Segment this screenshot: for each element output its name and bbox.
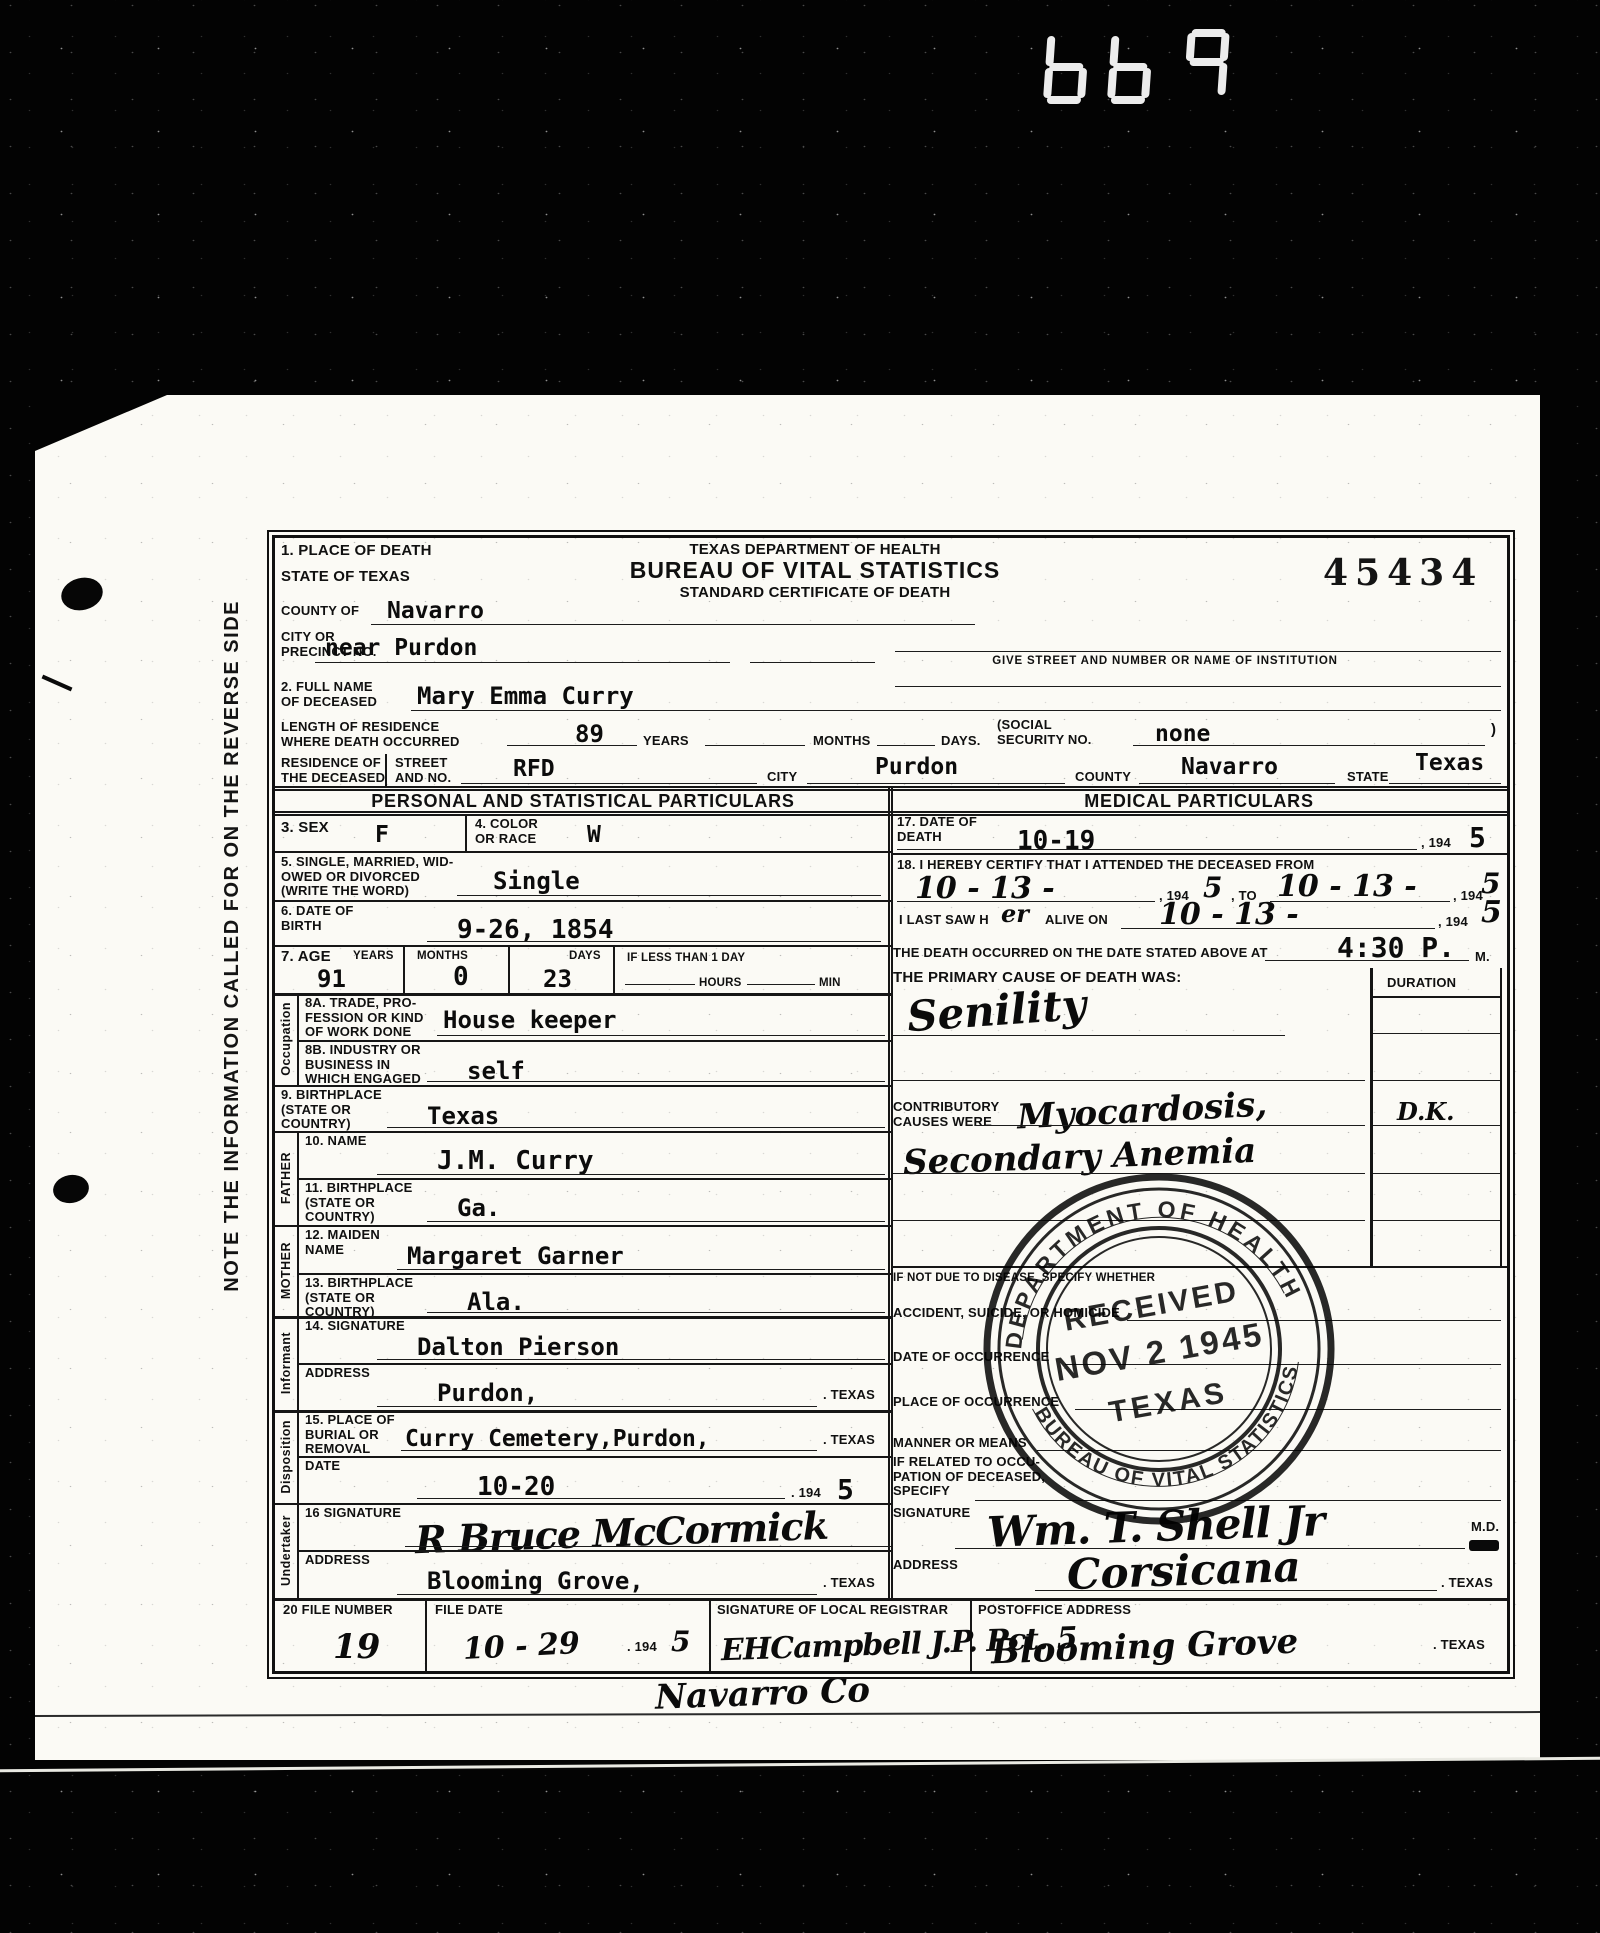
industry-label: 8B. INDUSTRY OR BUSINESS IN WHICH ENGAGE… (305, 1043, 421, 1087)
state2-line (1389, 783, 1501, 784)
county2-line (1139, 783, 1335, 784)
sex-color-divider (465, 816, 467, 851)
industry-value: self (467, 1059, 525, 1083)
age-divider (403, 945, 405, 993)
last-saw-year: 5 (1481, 898, 1502, 928)
edge-mark (42, 675, 73, 692)
county2-value: Navarro (1181, 756, 1278, 779)
dod-value: 10-19 (1017, 828, 1095, 854)
institution-note: GIVE STREET AND NUMBER OR NAME OF INSTIT… (905, 655, 1425, 668)
street-line (461, 783, 757, 784)
length-residence-label: LENGTH OF RESIDENCE WHERE DEATH OCCURRED (281, 720, 460, 749)
residence-label: RESIDENCE OF THE DECEASED (281, 756, 385, 785)
trade-label: 8A. TRADE, PRO- FESSION OR KIND OF WORK … (305, 996, 424, 1040)
cause-blank-line (893, 1080, 1365, 1081)
footer-top-rule (275, 1598, 1507, 1601)
place-of-death-label: 1. PLACE OF DEATH (281, 543, 432, 560)
months-line (705, 745, 805, 746)
duration-value: D.K. (1397, 1100, 1455, 1124)
full-name-value: Mary Emma Curry (417, 684, 634, 708)
undertaker-side-label: Undertaker (275, 1503, 297, 1598)
duration-col-right (1500, 968, 1502, 1266)
certificate-form: 1. PLACE OF DEATH STATE OF TEXAS TEXAS D… (272, 535, 1510, 1674)
sex-label: 3. SEX (281, 820, 329, 837)
marital-value: Single (493, 869, 580, 893)
age-days-label: DAYS (569, 950, 601, 963)
row-rule (297, 1550, 891, 1552)
burial-year-prefix: . 194 (791, 1486, 821, 1501)
father-bp-value: Ga. (457, 1196, 500, 1220)
contributory-underline-1 (975, 1125, 1365, 1126)
physician-addr-label: ADDRESS (893, 1558, 958, 1573)
informant-side-label: Informant (275, 1316, 297, 1410)
physician-addr-state: . TEXAS (1441, 1576, 1493, 1591)
county-of-label: COUNTY OF (281, 604, 359, 619)
punch-hole (58, 573, 106, 614)
ssn-value: none (1155, 723, 1210, 746)
time-underline (1265, 960, 1469, 961)
dod-year-prefix: , 194 (1421, 836, 1451, 851)
scanned-death-certificate: 669 NOTE THE INFORMATION CALLED FOR ON T… (0, 0, 1600, 1933)
last-saw-hand: er (1001, 902, 1029, 926)
registrar-county-note: Navarro Co (654, 1673, 870, 1714)
industry-underline (427, 1081, 885, 1082)
mother-name-value: Margaret Garner (407, 1244, 624, 1268)
file-number-label: 20 FILE NUMBER (283, 1603, 393, 1618)
institution-blank-line (895, 686, 1501, 687)
file-date-label: FILE DATE (435, 1603, 503, 1618)
burial-date-label: DATE (305, 1459, 340, 1474)
hours-label: HOURS (699, 977, 742, 990)
informant-addr-label: ADDRESS (305, 1366, 370, 1381)
birthplace-label: 9. BIRTHPLACE (STATE OR COUNTRY) (281, 1088, 382, 1132)
county-value: Navarro (387, 600, 484, 623)
burial-date-underline (417, 1498, 785, 1499)
father-side-label: FATHER (275, 1131, 297, 1225)
row-rule (275, 1131, 891, 1133)
state-of-texas-label: STATE OF TEXAS (281, 569, 410, 586)
father-underline (377, 1174, 885, 1175)
duration-line (1373, 1220, 1500, 1221)
to-year-prefix: , 194 (1453, 889, 1483, 904)
occurred-statement: THE DEATH OCCURRED ON THE DATE STATED AB… (893, 946, 1268, 961)
ssn-line (1133, 745, 1485, 746)
footer-divider (425, 1598, 427, 1671)
dept-line3: STANDARD CERTIFICATE OF DEATH (575, 585, 1055, 602)
duration-rule (1370, 996, 1500, 998)
personal-section-title: PERSONAL AND STATISTICAL PARTICULARS (275, 791, 891, 811)
registrar-label: SIGNATURE OF LOCAL REGISTRAR (717, 1603, 948, 1618)
father-bp-label: 11. BIRTHPLACE (STATE OR COUNTRY) (305, 1181, 413, 1225)
trade-underline (437, 1035, 885, 1036)
state2-label: STATE (1347, 770, 1389, 785)
ssn-label: (SOCIAL SECURITY NO. (997, 718, 1092, 747)
city2-label: CITY (767, 770, 797, 785)
birthplace-value: Texas (427, 1104, 499, 1128)
mother-bp-label: 13. BIRTHPLACE (STATE OR COUNTRY) (305, 1276, 413, 1320)
father-name-value: J.M. Curry (437, 1148, 594, 1174)
physician-addr-underline (1035, 1590, 1437, 1591)
file-year-value: 5 (671, 1628, 690, 1656)
undertaker-addr-underline (397, 1594, 817, 1595)
street-value: RFD (513, 758, 555, 781)
row-rule (297, 1456, 891, 1458)
full-name-label: 2. FULL NAME OF DECEASED (281, 680, 377, 709)
last-saw-pre: I LAST SAW H (899, 913, 989, 928)
row-rule (891, 853, 1507, 855)
min-line (747, 984, 815, 985)
burial-date-value: 10-20 (477, 1474, 555, 1500)
row-rule (297, 1363, 891, 1365)
stamp-texas: TEXAS (1106, 1376, 1230, 1429)
county2-label: COUNTY (1075, 770, 1131, 785)
city-underline2 (750, 662, 875, 663)
informant-addr-state: . TEXAS (823, 1388, 875, 1403)
paper-corner-shadow (35, 395, 167, 451)
duration-line (1373, 1033, 1500, 1034)
mother-bp-value: Ala. (467, 1290, 525, 1314)
color-label: 4. COLOR OR RACE (475, 817, 538, 846)
undertaker-underline (405, 1546, 891, 1547)
file-number-value: 19 (333, 1630, 380, 1664)
postoffice-label: POSTOFFICE ADDRESS (978, 1603, 1131, 1618)
postoffice-state: . TEXAS (1433, 1638, 1485, 1653)
undertaker-addr-state: . TEXAS (823, 1576, 875, 1591)
mother-underline (397, 1269, 885, 1270)
county-underline (371, 624, 975, 625)
state2-value: Texas (1415, 752, 1484, 775)
row-rule (275, 900, 891, 902)
mother-bp-underline (427, 1312, 885, 1313)
mother-name-label: 12. MAIDEN NAME (305, 1228, 380, 1257)
informant-sig-label: 14. SIGNATURE (305, 1319, 405, 1334)
trade-value: House keeper (443, 1008, 616, 1032)
reverse-side-note: NOTE THE INFORMATION CALLED FOR ON THE R… (221, 600, 255, 1162)
age-years-label: YEARS (353, 950, 394, 963)
age-divider (508, 945, 510, 993)
city-precinct-value: near Purdon (325, 637, 477, 660)
redaction-blob (1469, 1540, 1499, 1551)
city2-line (807, 783, 1065, 784)
row-rule (275, 945, 891, 947)
dob-underline (427, 941, 881, 942)
duration-line (1373, 1173, 1500, 1174)
informant-sig-value: Dalton Pierson (417, 1335, 619, 1359)
street-no-label: STREET AND NO. (395, 756, 451, 785)
city2-value: Purdon (875, 756, 958, 779)
attended-from-value: 10 - 13 - (915, 874, 1055, 904)
occupation-side-label: Occupation (275, 993, 297, 1085)
contributory-value-1: Myocardosis, (1016, 1087, 1268, 1134)
institution-line (895, 651, 1501, 652)
dob-label: 6. DATE OF BIRTH (281, 904, 354, 933)
footer-divider (709, 1598, 711, 1671)
city-underline (315, 662, 730, 663)
informant-addr-underline (377, 1406, 817, 1407)
cause-underline (893, 1035, 1285, 1036)
min-label: MIN (819, 977, 841, 990)
scan-counter-value: 669 (0, 0, 1, 1)
duration-col-left (1370, 968, 1373, 1266)
age-months-label: MONTHS (417, 950, 468, 963)
time-of-death: 4:30 P. (1337, 934, 1455, 962)
informant-underline (377, 1359, 885, 1360)
mother-sidebar-divider (297, 1225, 299, 1316)
dod-underline (897, 849, 1417, 850)
primary-cause-value: Senility (906, 984, 1088, 1038)
informant-addr-value: Purdon, (437, 1381, 538, 1405)
days-line (877, 745, 935, 746)
burial-state: . TEXAS (823, 1433, 875, 1448)
to-year-value: 5 (1481, 870, 1500, 898)
hours-line (625, 984, 695, 985)
row-rule (275, 851, 891, 853)
full-name-underline (411, 710, 1501, 711)
last-saw-date: 10 - 13 - (1159, 900, 1299, 930)
physician-addr-value: Corsicana (1066, 1546, 1301, 1596)
marital-label: 5. SINGLE, MARRIED, WID- OWED OR DIVORCE… (281, 855, 453, 899)
dod-year-value: 5 (1469, 824, 1486, 852)
certificate-number: 45434 (1323, 552, 1483, 594)
dod-label: 17. DATE OF DEATH (897, 815, 977, 844)
age-label: 7. AGE (281, 949, 331, 966)
last-saw-underline (1121, 928, 1435, 929)
dob-value: 9-26, 1854 (457, 917, 614, 943)
residence-divider (385, 754, 387, 786)
marital-underline (457, 895, 881, 896)
time-m-label: M. (1475, 950, 1490, 965)
length-years-value: 89 (575, 722, 604, 746)
age-days-value: 23 (543, 967, 572, 991)
last-saw-year-prefix: , 194 (1438, 915, 1468, 930)
undertaker-sig-label: 16 SIGNATURE (305, 1506, 401, 1521)
duration-label: DURATION (1387, 976, 1456, 991)
postoffice-value: Blooming Grove (991, 1625, 1299, 1670)
color-value: W (587, 824, 601, 847)
duration-line (1373, 1080, 1500, 1081)
undertaker-addr-label: ADDRESS (305, 1553, 370, 1568)
ssn-paren: ) (1491, 722, 1496, 739)
father-bp-underline (427, 1221, 885, 1222)
days-label: DAYS. (941, 734, 981, 749)
dept-line2: BUREAU OF VITAL STATISTICS (555, 558, 1075, 584)
medical-section-title: MEDICAL PARTICULARS (891, 791, 1507, 811)
age-months-value: 0 (453, 964, 469, 990)
occupation-sidebar-divider (297, 993, 299, 1085)
birthplace-underline (387, 1127, 885, 1128)
mother-side-label: MOTHER (275, 1225, 297, 1316)
burial-label: 15. PLACE OF BURIAL OR REMOVAL (305, 1413, 395, 1457)
father-name-label: 10. NAME (305, 1134, 367, 1149)
scan-counter-digits (1040, 28, 1250, 120)
months-label: MONTHS (813, 734, 871, 749)
years-line (507, 745, 637, 746)
certificate-paper: NOTE THE INFORMATION CALLED FOR ON THE R… (35, 395, 1540, 1760)
received-stamp: DEPARTMENT OF HEALTH BUREAU OF VITAL STA… (973, 1163, 1345, 1535)
file-date-value: 10 - 29 (462, 1629, 580, 1665)
md-label: M.D. (1471, 1520, 1499, 1535)
burial-year-value: 5 (837, 1476, 854, 1504)
age-divider (613, 945, 615, 993)
physician-sig-label: SIGNATURE (893, 1506, 970, 1521)
disposition-side-label: Disposition (275, 1410, 297, 1503)
undertaker-addr-value: Blooming Grove, (427, 1569, 644, 1593)
age-years-value: 91 (317, 967, 346, 991)
burial-value: Curry Cemetery,Purdon, (405, 1428, 710, 1451)
years-label: YEARS (643, 734, 689, 749)
burial-underline (401, 1450, 817, 1451)
sex-value: F (375, 824, 389, 847)
last-saw-post: ALIVE ON (1045, 913, 1108, 928)
punch-hole (51, 1172, 91, 1206)
less-than-day-label: IF LESS THAN 1 DAY (627, 952, 745, 965)
file-year-prefix: . 194 (627, 1640, 657, 1655)
